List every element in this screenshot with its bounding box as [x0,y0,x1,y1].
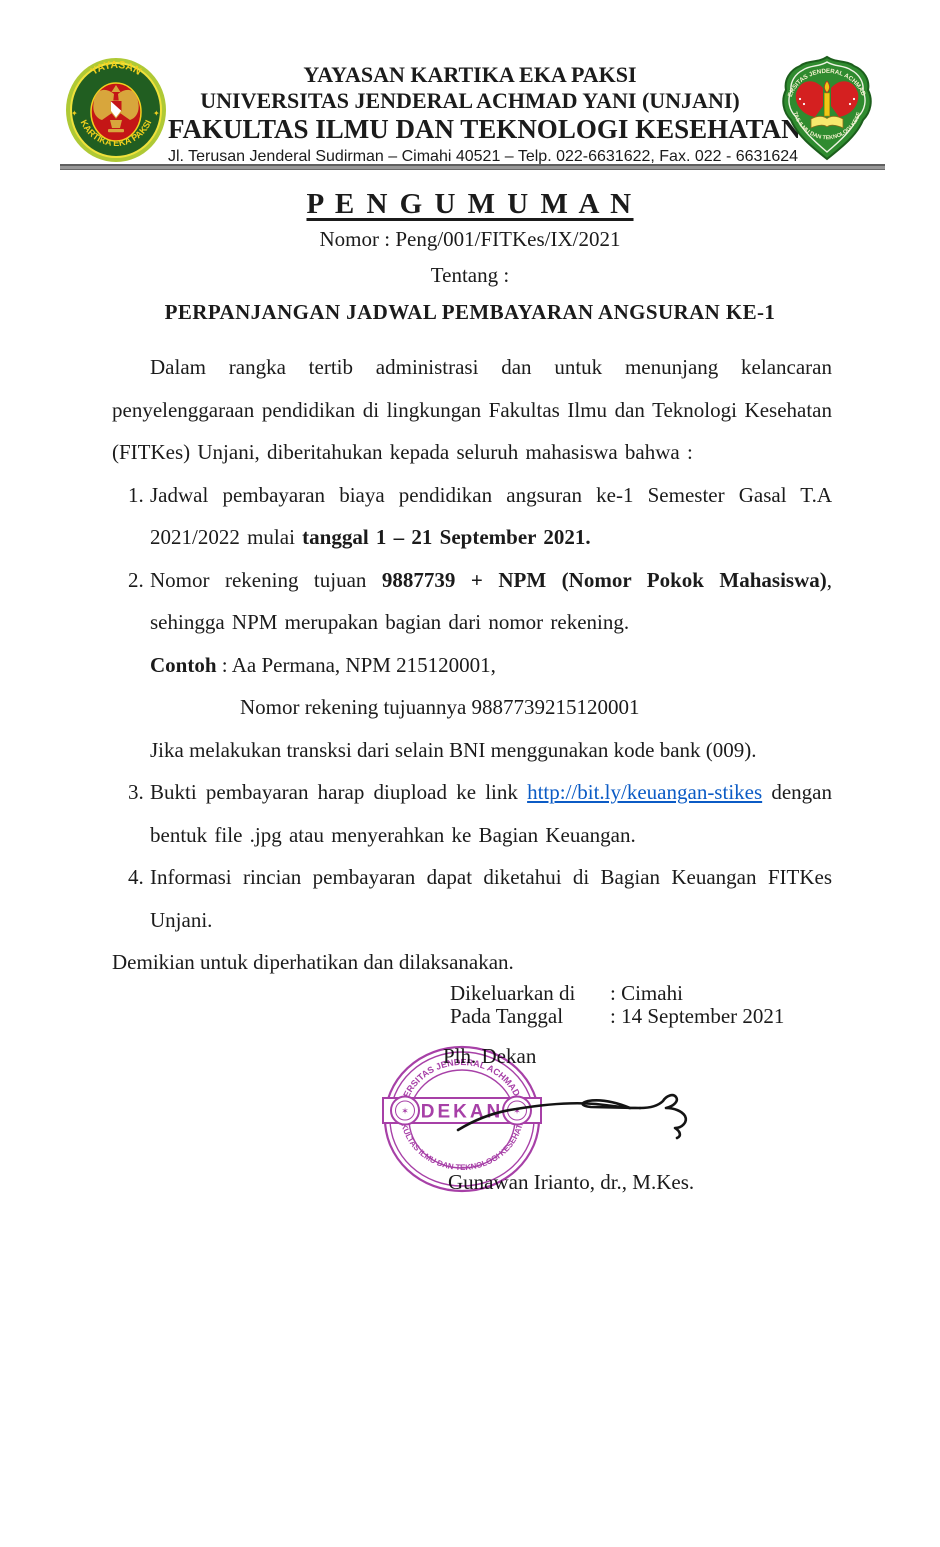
stamp-left-seal-star: ✶ [401,1106,409,1116]
inline-link[interactable]: http://bit.ly/keuangan-stikes [527,780,762,804]
foundation-name: YAYASAN KARTIKA EKA PAKSI [168,62,772,88]
text-run: Informasi rincian pembayaran dapat diket… [150,865,832,932]
text-run: Bukti pembayaran harap diupload ke link [150,780,527,804]
wings-torch-emblem [796,81,859,117]
title-block: P E N G U M U M A N Nomor : Peng/001/FIT… [0,188,940,325]
text-run: Nomor rekening tujuan [150,568,382,592]
announcement-heading: P E N G U M U M A N [0,188,940,221]
list-item: 3.Bukti pembayaran harap diupload ke lin… [112,771,832,856]
list-item-number: 1. [128,474,144,517]
left-logo-star-left: ✦ [71,109,78,118]
issued-date-label: Pada Tanggal [450,1005,610,1028]
list-subline: Jika melakukan transksi dari selain BNI … [112,729,832,772]
letter-number: Nomor : Peng/001/FITKes/IX/2021 [0,227,940,252]
list-subline: Nomor rekening tujuannya 988773921512000… [112,686,832,729]
faculty-name: FAKULTAS ILMU DAN TEKNOLOGI KESEHATAN [168,114,772,145]
list-subline: Contoh : Aa Permana, NPM 215120001, [112,644,832,687]
list-item: 1.Jadwal pembayaran biaya pendidikan ang… [112,474,832,559]
bold-text-run: tanggal 1 – 21 September 2021. [302,525,590,549]
list-item-number: 2. [128,559,144,602]
letterhead: YAYASAN KARTIKA EKA PAKSI UNIVERSITAS JE… [168,62,772,167]
dean-signature [428,1080,693,1148]
closing-line: Demikian untuk diperhatikan dan dilaksan… [112,941,832,984]
intro-paragraph: Dalam rangka tertib administrasi dan unt… [112,346,832,474]
text-run: Dalam rangka tertib administrasi dan unt… [112,355,832,464]
text-run: Nomor rekening tujuannya 988773921512000… [240,695,640,719]
bold-text-run: 9887739 + NPM (Nomor Pokok Mahasiswa) [382,568,827,592]
issued-place-value: : Cimahi [610,982,683,1005]
yayasan-kartika-eka-paksi-logo: YAYASAN KARTIKA EKA PAKSI ✦ ✦ [64,56,168,164]
list-item: 2.Nomor rekening tujuan 9887739 + NPM (N… [112,559,832,644]
letter-subject: PERPANJANGAN JADWAL PEMBAYARAN ANGSURAN … [0,300,940,325]
announcement-letter-page: YAYASAN KARTIKA EKA PAKSI ✦ ✦ YAYASAN KA… [0,0,940,1547]
text-run: Jika melakukan transksi dari selain BNI … [150,738,757,762]
text-run: : Aa Permana, NPM 215120001, [217,653,496,677]
letterhead-divider [60,164,885,170]
university-name: UNIVERSITAS JENDERAL ACHMAD YANI (UNJANI… [168,88,772,114]
list-item-number: 3. [128,771,144,814]
open-book-emblem [811,116,843,128]
unjani-fitkes-logo: UNIVERSITAS JENDERAL ACHMAD YANI FAKULTA… [778,55,876,161]
list-item: 4.Informasi rincian pembayaran dapat dik… [112,856,832,941]
letter-body: Dalam rangka tertib administrasi dan unt… [112,346,832,984]
numbered-list: 1.Jadwal pembayaran biaya pendidikan ang… [112,474,832,942]
list-item-number: 4. [128,856,144,899]
issued-date-value: : 14 September 2021 [610,1005,784,1028]
issued-place-label: Dikeluarkan di [450,982,610,1005]
issuance-block: Dikeluarkan di : Cimahi Pada Tanggal : 1… [450,982,784,1028]
left-logo-star-right: ✦ [153,109,160,118]
about-label: Tentang : [0,263,940,288]
bold-text-run: Contoh [150,653,217,677]
